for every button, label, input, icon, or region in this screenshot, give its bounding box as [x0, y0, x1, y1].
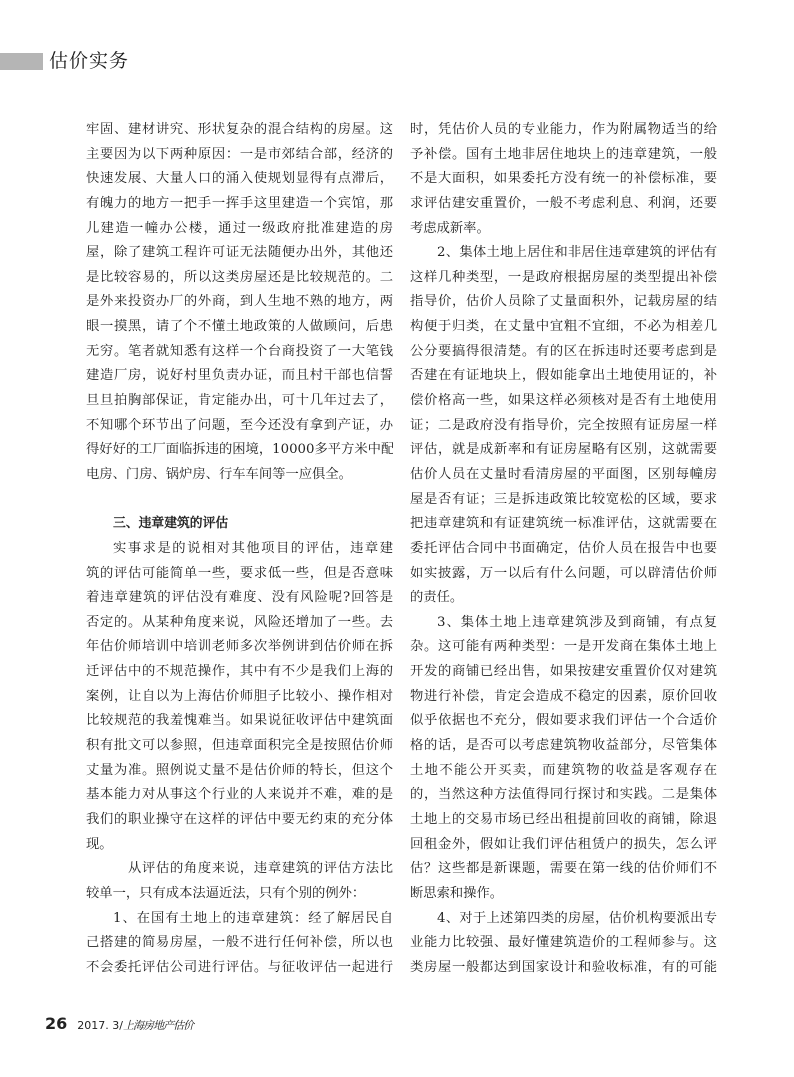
text-line: 证；二是政府没有指导价，完全按照有证房屋一样: [410, 414, 717, 439]
text-line: 评估，就是成新率和有证房屋略有区别，这就需要: [410, 438, 717, 463]
text-line: 时，凭估价人员的专业能力，作为附属物适当的给: [410, 118, 717, 143]
text-line: 估价人员在丈量时看清房屋的平面图，区别每幢房: [410, 463, 717, 488]
text-line: 我们的职业操守在这样的评估中要无约束的充分体: [86, 808, 393, 833]
text-line: 公分要搞得很清楚。有的区在拆违时还要考虑到是: [410, 340, 717, 365]
text-line: 考虑成新率。: [410, 217, 717, 242]
text-line: 旦旦拍胸部保证，肯定能办出，可十几年过去了，: [86, 389, 393, 414]
page-number: 26: [45, 1014, 67, 1033]
text-line: 2、集体土地上居住和非居住违章建筑的评估有: [410, 241, 717, 266]
text-line: 3、集体土地上违章建筑涉及到商铺，有点复: [410, 611, 717, 636]
text-line: 实事求是的说相对其他项目的评估，违章建: [86, 537, 393, 562]
text-line: 业能力比较强、最好懂建筑造价的工程师参与。这: [410, 931, 717, 956]
text-line: 己搭建的简易房屋，一般不进行任何补偿，所以也: [86, 931, 393, 956]
text-line: 案例，让自以为上海估价师胆子比较小、操作相对: [86, 685, 393, 710]
text-line: 屋是否有证；三是拆违政策比较宽松的区域，要求: [410, 488, 717, 513]
issue-label: 2017. 3/: [77, 1019, 123, 1032]
text-line: 积有批文可以参照，但违章面积完全是按照估价师: [86, 734, 393, 759]
text-line: 牢固、建材讲究、形状复杂的混合结构的房屋。这: [86, 118, 393, 143]
text-line: 比较规范的我羞愧难当。如果说征收评估中建筑面: [86, 709, 393, 734]
text-line: 丈量为准。照例说丈量不是估价师的特长，但这个: [86, 759, 393, 784]
text-line: 筑的评估可能简单一些，要求低一些，但是否意味: [86, 562, 393, 587]
header-bar: [0, 53, 43, 70]
text-line: 无穷。笔者就知悉有这样一个台商投资了一大笔钱: [86, 340, 393, 365]
text-line: 指导价，估价人员除了丈量面积外，记载房屋的结: [410, 290, 717, 315]
text-line: 屋，除了建筑工程许可证无法随便办出外，其他还: [86, 241, 393, 266]
footer: 26 2017. 3/ 上海房地产估价: [45, 1014, 193, 1034]
text-line: 主要因为以下两种原因：一是市郊结合部，经济的: [86, 143, 393, 168]
text-line: 是比较容易的，所以这类房屋还是比较规范的。二: [86, 266, 393, 291]
text-line: 现。: [86, 833, 393, 858]
text-line: 较单一，只有成本法逼近法，只有个别的例外：: [86, 882, 393, 907]
text-line: 1、在国有土地上的违章建筑：经了解居民自: [86, 907, 393, 932]
text-line: 杂。这可能有两种类型：一是开发商在集体土地上: [410, 635, 717, 660]
section-title: 估价实务: [49, 50, 129, 72]
text-line: 否定的。从某种角度来说，风险还增加了一些。去: [86, 611, 393, 636]
text-line: 不会委托评估公司进行评估。与征收评估一起进行: [86, 956, 393, 981]
magazine-name: 上海房地产估价: [123, 1017, 193, 1033]
text-line: 得好好的工厂面临拆违的困境，10000多平方米中配: [86, 438, 393, 463]
text-line: 着违章建筑的评估没有难度、没有风险呢?回答是: [86, 586, 393, 611]
text-line: 格的话，是否可以考虑建筑物收益部分，尽管集体: [410, 734, 717, 759]
text-line: 回租金外，假如让我们评估租赁户的损失，怎么评: [410, 833, 717, 858]
text-line: 构便于归类，在丈量中宜粗不宜细，不必为相差几: [410, 315, 717, 340]
text-line: 求评估建安重置价，一般不考虑利息、利润，还要: [410, 192, 717, 217]
text-line: 是外来投资办厂的外商，到人生地不熟的地方，两: [86, 290, 393, 315]
text-line: [86, 488, 393, 513]
text-line: 把违章建筑和有证建筑统一标准评估，这就需要在: [410, 512, 717, 537]
text-line: 4、对于上述第四类的房屋，估价机构要派出专: [410, 907, 717, 932]
text-line: 断思索和操作。: [410, 882, 717, 907]
text-line: 物进行补偿，肯定会造成不稳定的因素，原价回收: [410, 685, 717, 710]
text-line: 如实披露，万一以后有什么问题，可以辟清估价师: [410, 562, 717, 587]
text-line: 否建在有证地块上，假如能拿出土地使用证的，补: [410, 364, 717, 389]
text-line: 儿建造一幢办公楼，通过一级政府批准建造的房: [86, 217, 393, 242]
left-column: 牢固、建材讲究、形状复杂的混合结构的房屋。这主要因为以下两种原因：一是市郊结合部…: [86, 118, 393, 980]
text-line: 建造厂房，说好村里负责办证，而且村干部也信誓: [86, 364, 393, 389]
text-line: 不是大面积，如果委托方没有统一的补偿标准，要: [410, 167, 717, 192]
text-line: 不知哪个环节出了问题，至今还没有拿到产证，办: [86, 414, 393, 439]
text-line: 的责任。: [410, 586, 717, 611]
section-heading: 三、违章建筑的评估: [86, 512, 393, 537]
text-line: 年估价师培训中培训老师多次举例讲到估价师在拆: [86, 635, 393, 660]
text-line: 这样几种类型，一是政府根据房屋的类型提出补偿: [410, 266, 717, 291]
text-line: 类房屋一般都达到国家设计和验收标准，有的可能: [410, 956, 717, 981]
text-line: 委托评估合同中书面确定，估价人员在报告中也要: [410, 537, 717, 562]
right-column: 时，凭估价人员的专业能力，作为附属物适当的给予补偿。国有土地非居住地块上的违章建…: [410, 118, 717, 980]
text-line: 开发的商铺已经出售，如果按建安重置价仅对建筑: [410, 660, 717, 685]
text-line: 的，当然这种方法值得同行探讨和实践。二是集体: [410, 783, 717, 808]
text-line: 从评估的角度来说，违章建筑的评估方法比: [86, 857, 393, 882]
text-line: 快速发展、大量人口的涌入使规划显得有点滞后，: [86, 167, 393, 192]
text-line: 基本能力对从事这个行业的人来说并不难，难的是: [86, 783, 393, 808]
text-line: 土地不能公开买卖，而建筑物的收益是客观存在: [410, 759, 717, 784]
text-line: 予补偿。国有土地非居住地块上的违章建筑，一般: [410, 143, 717, 168]
text-line: 眼一摸黑，请了个不懂土地政策的人做顾问，后患: [86, 315, 393, 340]
text-line: 偿价格高一些，如果这样必须核对是否有土地使用: [410, 389, 717, 414]
text-line: 有魄力的地方一把手一挥手这里建造一个宾馆，那: [86, 192, 393, 217]
text-line: 电房、门房、锅炉房、行车车间等一应俱全。: [86, 463, 393, 488]
text-line: 迁评估中的不规范操作，其中有不少是我们上海的: [86, 660, 393, 685]
text-line: 似乎依据也不充分，假如要求我们评估一个合适价: [410, 709, 717, 734]
text-line: 土地上的交易市场已经出租提前回收的商铺，除退: [410, 808, 717, 833]
text-line: 估？这些都是新课题，需要在第一线的估价师们不: [410, 857, 717, 882]
